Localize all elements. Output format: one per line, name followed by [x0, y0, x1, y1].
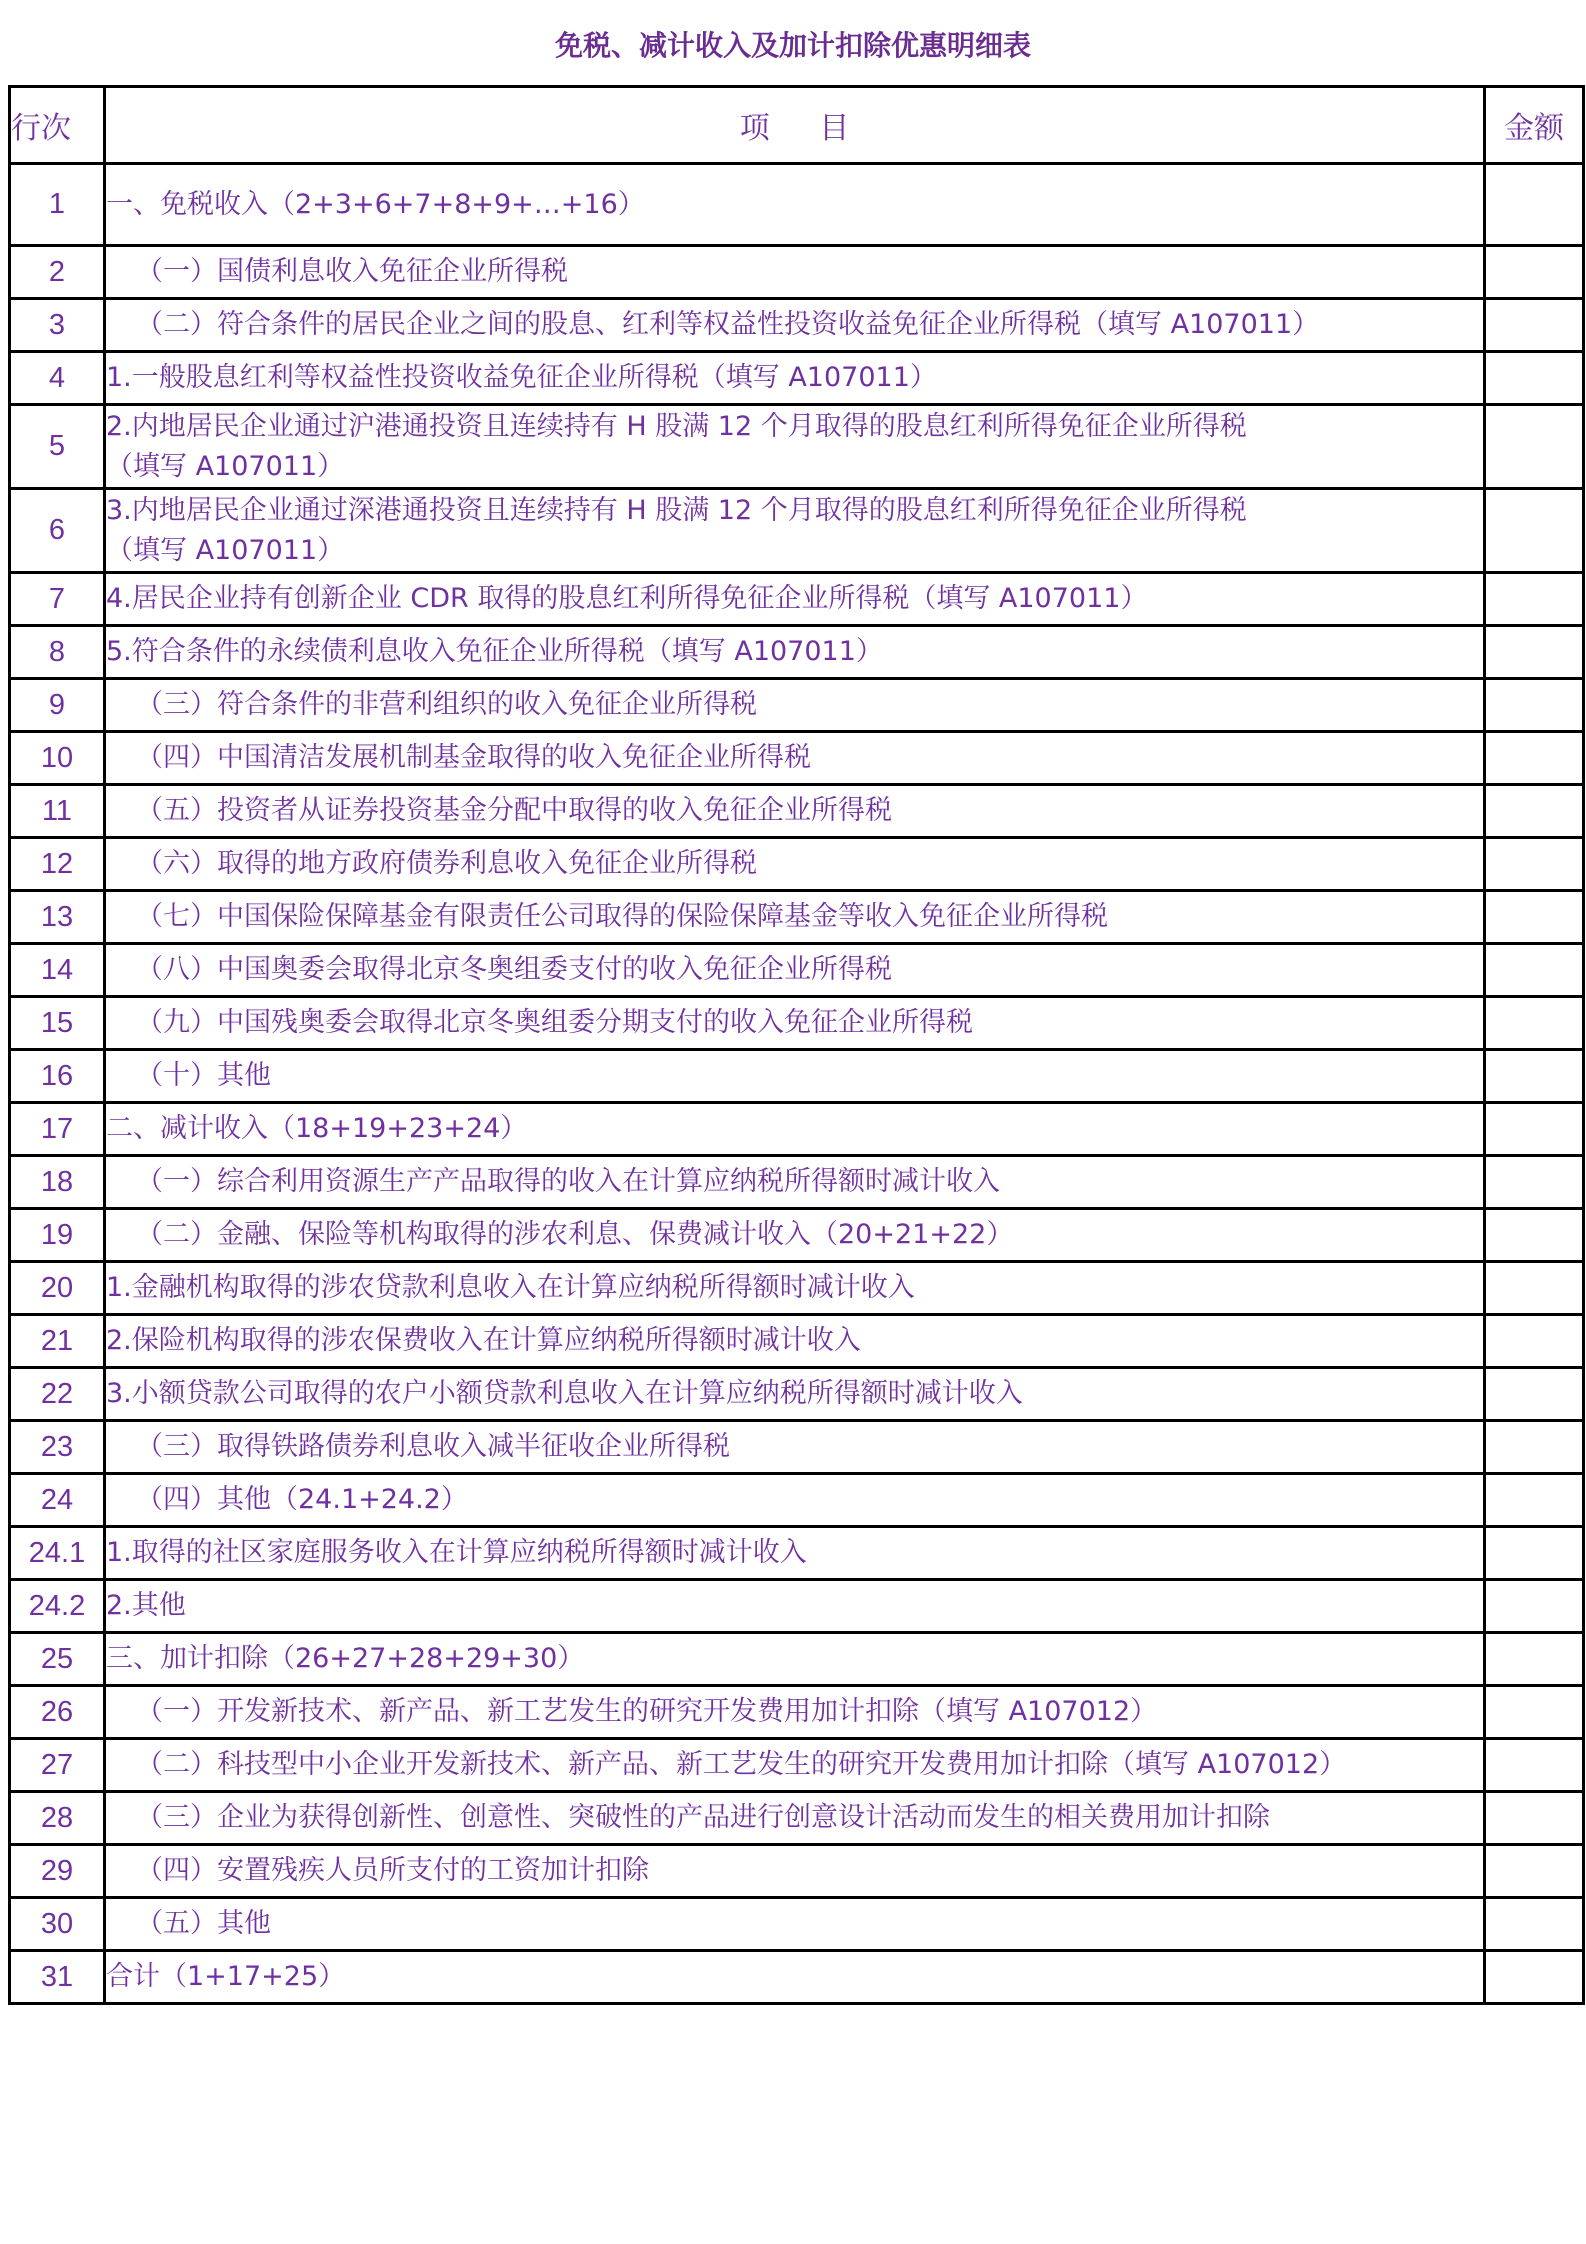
- row-item-label: （六）取得的地方政府债券利息收入免征企业所得税: [105, 838, 1485, 891]
- row-number: 14: [10, 944, 105, 997]
- amount-input-cell[interactable]: [1485, 352, 1584, 405]
- row-item-label: 二、减计收入（18+19+23+24）: [105, 1103, 1485, 1156]
- row-number: 4: [10, 352, 105, 405]
- row-item-label: （四）安置残疾人员所支付的工资加计扣除: [105, 1845, 1485, 1898]
- amount-input-cell[interactable]: [1485, 1103, 1584, 1156]
- amount-input-cell[interactable]: [1485, 1527, 1584, 1580]
- amount-input-cell[interactable]: [1485, 1792, 1584, 1845]
- row-item-label: （三）取得铁路债券利息收入减半征收企业所得税: [105, 1421, 1485, 1474]
- amount-input-cell[interactable]: [1485, 944, 1584, 997]
- row-item-label: （三）企业为获得创新性、创意性、突破性的产品进行创意设计活动而发生的相关费用加计…: [105, 1792, 1485, 1845]
- table-row: 212.保险机构取得的涉农保费收入在计算应纳税所得额时减计收入: [10, 1315, 1584, 1368]
- row-item-label: 合计（1+17+25）: [105, 1951, 1485, 2004]
- row-item-label: 3.内地居民企业通过深港通投资且连续持有 H 股满 12 个月取得的股息红利所得…: [105, 489, 1485, 573]
- amount-input-cell[interactable]: [1485, 1421, 1584, 1474]
- table-row: 24.11.取得的社区家庭服务收入在计算应纳税所得额时减计收入: [10, 1527, 1584, 1580]
- row-item-label: 三、加计扣除（26+27+28+29+30）: [105, 1633, 1485, 1686]
- row-number: 20: [10, 1262, 105, 1315]
- header-amount: 金额: [1485, 87, 1584, 164]
- page-title: 免税、减计收入及加计扣除优惠明细表: [0, 26, 1586, 66]
- table-row: 24.22.其他: [10, 1580, 1584, 1633]
- table-row: 52.内地居民企业通过沪港通投资且连续持有 H 股满 12 个月取得的股息红利所…: [10, 405, 1584, 489]
- table-row: 31合计（1+17+25）: [10, 1951, 1584, 2004]
- amount-input-cell[interactable]: [1485, 732, 1584, 785]
- amount-input-cell[interactable]: [1485, 1633, 1584, 1686]
- row-item-label: 3.小额贷款公司取得的农户小额贷款利息收入在计算应纳税所得额时减计收入: [105, 1368, 1485, 1421]
- amount-input-cell[interactable]: [1485, 838, 1584, 891]
- table-row: 41.一般股息红利等权益性投资收益免征企业所得税（填写 A107011）: [10, 352, 1584, 405]
- row-number: 23: [10, 1421, 105, 1474]
- table-row: 12（六）取得的地方政府债券利息收入免征企业所得税: [10, 838, 1584, 891]
- amount-input-cell[interactable]: [1485, 679, 1584, 732]
- table-row: 223.小额贷款公司取得的农户小额贷款利息收入在计算应纳税所得额时减计收入: [10, 1368, 1584, 1421]
- table-header-row: 行次 项 目 金额: [10, 87, 1584, 164]
- row-number: 9: [10, 679, 105, 732]
- table-body: 1一、免税收入（2+3+6+7+8+9+…+16）2（一）国债利息收入免征企业所…: [10, 164, 1584, 2004]
- row-number: 6: [10, 489, 105, 573]
- row-item-label: （四）中国清洁发展机制基金取得的收入免征企业所得税: [105, 732, 1485, 785]
- amount-input-cell[interactable]: [1485, 1262, 1584, 1315]
- table-row: 18（一）综合利用资源生产产品取得的收入在计算应纳税所得额时减计收入: [10, 1156, 1584, 1209]
- row-item-label: （二）金融、保险等机构取得的涉农利息、保费减计收入（20+21+22）: [105, 1209, 1485, 1262]
- amount-input-cell[interactable]: [1485, 1580, 1584, 1633]
- row-number: 1: [10, 164, 105, 246]
- row-number: 22: [10, 1368, 105, 1421]
- table-row: 15（九）中国残奥委会取得北京冬奥组委分期支付的收入免征企业所得税: [10, 997, 1584, 1050]
- row-item-label: （一）开发新技术、新产品、新工艺发生的研究开发费用加计扣除（填写 A107012…: [105, 1686, 1485, 1739]
- amount-input-cell[interactable]: [1485, 164, 1584, 246]
- table-row: 63.内地居民企业通过深港通投资且连续持有 H 股满 12 个月取得的股息红利所…: [10, 489, 1584, 573]
- row-item-label: （十）其他: [105, 1050, 1485, 1103]
- row-number: 2: [10, 246, 105, 299]
- row-item-label: （四）其他（24.1+24.2）: [105, 1474, 1485, 1527]
- table-row: 10（四）中国清洁发展机制基金取得的收入免征企业所得税: [10, 732, 1584, 785]
- table-row: 24（四）其他（24.1+24.2）: [10, 1474, 1584, 1527]
- row-number: 18: [10, 1156, 105, 1209]
- amount-input-cell[interactable]: [1485, 1898, 1584, 1951]
- row-number: 21: [10, 1315, 105, 1368]
- amount-input-cell[interactable]: [1485, 246, 1584, 299]
- row-number: 19: [10, 1209, 105, 1262]
- table-row: 3（二）符合条件的居民企业之间的股息、红利等权益性投资收益免征企业所得税（填写 …: [10, 299, 1584, 352]
- amount-input-cell[interactable]: [1485, 997, 1584, 1050]
- row-number: 11: [10, 785, 105, 838]
- row-number: 17: [10, 1103, 105, 1156]
- row-number: 3: [10, 299, 105, 352]
- row-number: 15: [10, 997, 105, 1050]
- row-item-label: 2.内地居民企业通过沪港通投资且连续持有 H 股满 12 个月取得的股息红利所得…: [105, 405, 1485, 489]
- row-item-label: （二）符合条件的居民企业之间的股息、红利等权益性投资收益免征企业所得税（填写 A…: [105, 299, 1485, 352]
- table-row: 2（一）国债利息收入免征企业所得税: [10, 246, 1584, 299]
- table-row: 23（三）取得铁路债券利息收入减半征收企业所得税: [10, 1421, 1584, 1474]
- row-number: 24.1: [10, 1527, 105, 1580]
- table-row: 28（三）企业为获得创新性、创意性、突破性的产品进行创意设计活动而发生的相关费用…: [10, 1792, 1584, 1845]
- row-number: 7: [10, 573, 105, 626]
- row-number: 8: [10, 626, 105, 679]
- row-number: 13: [10, 891, 105, 944]
- amount-input-cell[interactable]: [1485, 405, 1584, 489]
- table-row: 74.居民企业持有创新企业 CDR 取得的股息红利所得免征企业所得税（填写 A1…: [10, 573, 1584, 626]
- row-item-label: （五）其他: [105, 1898, 1485, 1951]
- row-item-label: （五）投资者从证券投资基金分配中取得的收入免征企业所得税: [105, 785, 1485, 838]
- row-number: 27: [10, 1739, 105, 1792]
- header-item: 项 目: [105, 87, 1485, 164]
- amount-input-cell[interactable]: [1485, 1474, 1584, 1527]
- table-row: 13（七）中国保险保障基金有限责任公司取得的保险保障基金等收入免征企业所得税: [10, 891, 1584, 944]
- table-row: 1一、免税收入（2+3+6+7+8+9+…+16）: [10, 164, 1584, 246]
- row-item-label: 4.居民企业持有创新企业 CDR 取得的股息红利所得免征企业所得税（填写 A10…: [105, 573, 1485, 626]
- amount-input-cell[interactable]: [1485, 1845, 1584, 1898]
- row-item-label: 1.金融机构取得的涉农贷款利息收入在计算应纳税所得额时减计收入: [105, 1262, 1485, 1315]
- amount-input-cell[interactable]: [1485, 1739, 1584, 1792]
- table-row: 29（四）安置残疾人员所支付的工资加计扣除: [10, 1845, 1584, 1898]
- row-item-label: 1.取得的社区家庭服务收入在计算应纳税所得额时减计收入: [105, 1527, 1485, 1580]
- table-row: 85.符合条件的永续债利息收入免征企业所得税（填写 A107011）: [10, 626, 1584, 679]
- row-number: 31: [10, 1951, 105, 2004]
- header-row-no: 行次: [10, 87, 105, 164]
- row-item-label: 2.保险机构取得的涉农保费收入在计算应纳税所得额时减计收入: [105, 1315, 1485, 1368]
- row-number: 5: [10, 405, 105, 489]
- row-item-label: （八）中国奥委会取得北京冬奥组委支付的收入免征企业所得税: [105, 944, 1485, 997]
- amount-input-cell[interactable]: [1485, 1951, 1584, 2004]
- row-item-label: （一）综合利用资源生产产品取得的收入在计算应纳税所得额时减计收入: [105, 1156, 1485, 1209]
- amount-input-cell[interactable]: [1485, 626, 1584, 679]
- table-row: 16（十）其他: [10, 1050, 1584, 1103]
- row-number: 12: [10, 838, 105, 891]
- row-item-label: （三）符合条件的非营利组织的收入免征企业所得税: [105, 679, 1485, 732]
- row-number: 25: [10, 1633, 105, 1686]
- amount-input-cell[interactable]: [1485, 1050, 1584, 1103]
- table-row: 11（五）投资者从证券投资基金分配中取得的收入免征企业所得税: [10, 785, 1584, 838]
- amount-input-cell[interactable]: [1485, 1209, 1584, 1262]
- table-row: 27（二）科技型中小企业开发新技术、新产品、新工艺发生的研究开发费用加计扣除（填…: [10, 1739, 1584, 1792]
- amount-input-cell[interactable]: [1485, 1156, 1584, 1209]
- table-row: 19（二）金融、保险等机构取得的涉农利息、保费减计收入（20+21+22）: [10, 1209, 1584, 1262]
- amount-input-cell[interactable]: [1485, 489, 1584, 573]
- row-item-label: （二）科技型中小企业开发新技术、新产品、新工艺发生的研究开发费用加计扣除（填写 …: [105, 1739, 1485, 1792]
- row-number: 28: [10, 1792, 105, 1845]
- row-item-label: 一、免税收入（2+3+6+7+8+9+…+16）: [105, 164, 1485, 246]
- amount-input-cell[interactable]: [1485, 891, 1584, 944]
- row-number: 10: [10, 732, 105, 785]
- table-row: 26（一）开发新技术、新产品、新工艺发生的研究开发费用加计扣除（填写 A1070…: [10, 1686, 1584, 1739]
- amount-input-cell[interactable]: [1485, 299, 1584, 352]
- table-row: 9（三）符合条件的非营利组织的收入免征企业所得税: [10, 679, 1584, 732]
- row-number: 24.2: [10, 1580, 105, 1633]
- amount-input-cell[interactable]: [1485, 785, 1584, 838]
- row-item-label: 1.一般股息红利等权益性投资收益免征企业所得税（填写 A107011）: [105, 352, 1485, 405]
- table-row: 25三、加计扣除（26+27+28+29+30）: [10, 1633, 1584, 1686]
- amount-input-cell[interactable]: [1485, 1686, 1584, 1739]
- table-row: 14（八）中国奥委会取得北京冬奥组委支付的收入免征企业所得税: [10, 944, 1584, 997]
- table-row: 30（五）其他: [10, 1898, 1584, 1951]
- row-item-label: （七）中国保险保障基金有限责任公司取得的保险保障基金等收入免征企业所得税: [105, 891, 1485, 944]
- row-item-label: （一）国债利息收入免征企业所得税: [105, 246, 1485, 299]
- row-item-label: 2.其他: [105, 1580, 1485, 1633]
- amount-input-cell[interactable]: [1485, 573, 1584, 626]
- amount-input-cell[interactable]: [1485, 1368, 1584, 1421]
- row-item-label: （九）中国残奥委会取得北京冬奥组委分期支付的收入免征企业所得税: [105, 997, 1485, 1050]
- row-number: 26: [10, 1686, 105, 1739]
- table-row: 17二、减计收入（18+19+23+24）: [10, 1103, 1584, 1156]
- row-number: 30: [10, 1898, 105, 1951]
- table-row: 201.金融机构取得的涉农贷款利息收入在计算应纳税所得额时减计收入: [10, 1262, 1584, 1315]
- row-number: 16: [10, 1050, 105, 1103]
- amount-input-cell[interactable]: [1485, 1315, 1584, 1368]
- tax-preference-table: 行次 项 目 金额 1一、免税收入（2+3+6+7+8+9+…+16）2（一）国…: [8, 85, 1585, 2005]
- row-number: 29: [10, 1845, 105, 1898]
- row-number: 24: [10, 1474, 105, 1527]
- row-item-label: 5.符合条件的永续债利息收入免征企业所得税（填写 A107011）: [105, 626, 1485, 679]
